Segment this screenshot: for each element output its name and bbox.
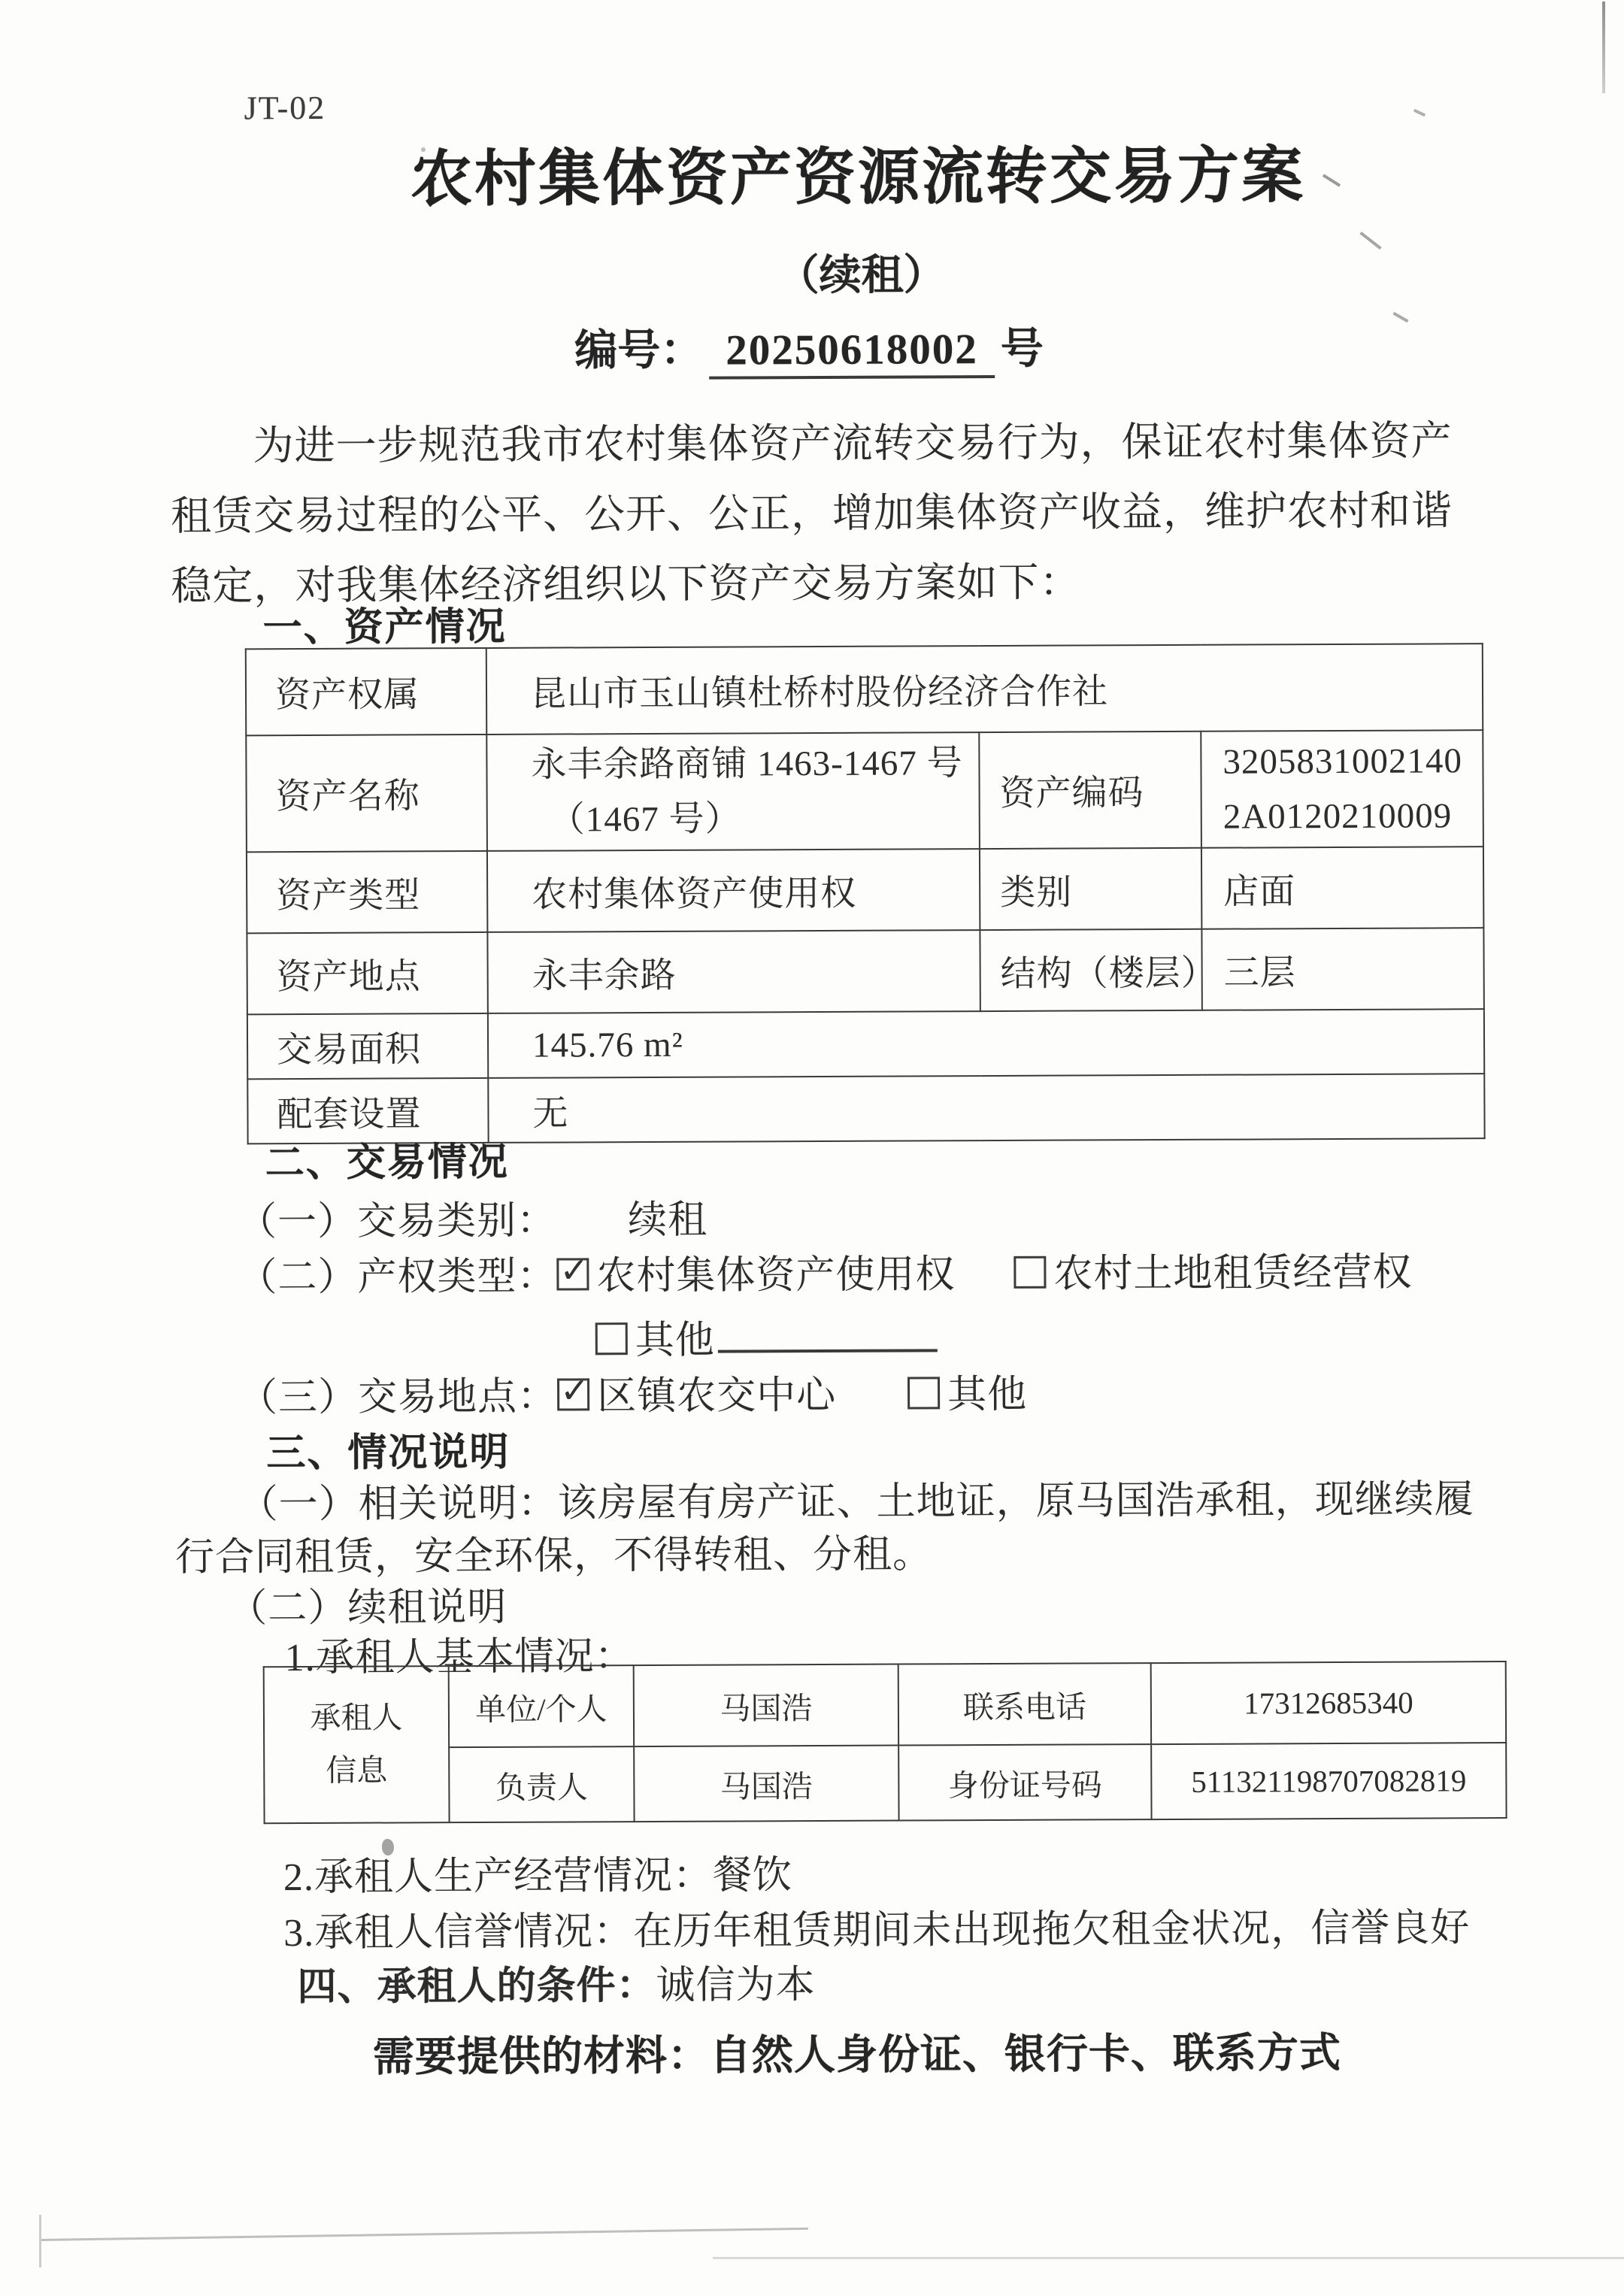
business-label: 2.承租人生产经营情况： xyxy=(283,1855,713,1899)
trade-type-value: 续租 xyxy=(628,1199,707,1242)
trade-type-label: （一）交易类别： xyxy=(238,1200,556,1244)
asset-ownership-label: 资产权属 xyxy=(246,648,486,735)
table-row: 资产权属 昆山市玉山镇杜桥村股份经济合作社 xyxy=(246,644,1483,735)
materials-label: 需要提供的材料： xyxy=(373,2033,710,2080)
property-right-option-1: 农村集体资产使用权 xyxy=(596,1253,955,1298)
property-right-label: （二）产权类型： xyxy=(238,1256,556,1300)
asset-name-value: 永丰余路商铺 1463-1467 号 （1467 号） xyxy=(486,732,980,851)
section-3-heading: 三、情况说明 xyxy=(266,1420,510,1477)
document-number-prefix: 编号： xyxy=(574,327,703,375)
unchecked-checkbox-icon xyxy=(907,1377,940,1409)
asset-code-value: 3205831002140 2A0120210009 xyxy=(1201,730,1483,848)
document-subtitle: （续租） xyxy=(49,238,1624,305)
scanned-document-page: JT-02 农村集体资产资源流转交易方案 （续租） 编号：20250618002… xyxy=(0,0,1624,2296)
unchecked-checkbox-icon xyxy=(595,1322,628,1355)
intro-line: 为进一步规范我市农村集体资产流转交易行为，保证农村集体资产 xyxy=(170,406,1499,482)
renter-group-label: 承租人 信息 xyxy=(264,1666,450,1823)
table-row: 资产类型 农村集体资产使用权 类别 店面 xyxy=(247,847,1483,933)
materials-line: 需要提供的材料：自然人身份证、银行卡、联系方式 xyxy=(373,2019,1341,2083)
section-1-heading: 一、资产情况 xyxy=(262,595,506,652)
renter-id-value: 511321198707082819 xyxy=(1151,1743,1506,1819)
renter-group-label-line1: 承租人 xyxy=(265,1692,448,1745)
asset-facility-value: 无 xyxy=(488,1074,1484,1143)
business-value: 餐饮 xyxy=(713,1854,792,1897)
asset-code-line1: 3205831002140 xyxy=(1223,734,1482,789)
property-right-option-other: 其他 xyxy=(635,1319,715,1362)
asset-ownership-value: 昆山市玉山镇杜桥村股份经济合作社 xyxy=(486,644,1483,735)
asset-category-value: 店面 xyxy=(1201,847,1483,929)
unchecked-checkbox-icon xyxy=(1013,1256,1046,1289)
intro-paragraph: 为进一步规范我市农村集体资产流转交易行为，保证农村集体资产 租赁交易过程的公平、… xyxy=(170,406,1500,622)
renter-id-label: 身份证号码 xyxy=(898,1744,1151,1820)
checked-checkbox-icon xyxy=(556,1258,589,1290)
trade-place-option-1: 区镇农交中心 xyxy=(597,1374,836,1418)
table-row: 承租人 信息 单位/个人 马国浩 联系电话 17312685340 xyxy=(264,1661,1506,1748)
table-row: 资产名称 永丰余路商铺 1463-1467 号 （1467 号） 资产编码 32… xyxy=(246,730,1483,852)
asset-location-label: 资产地点 xyxy=(247,932,487,1014)
asset-info-table: 资产权属 昆山市玉山镇杜桥村股份经济合作社 资产名称 永丰余路商铺 1463-1… xyxy=(245,643,1486,1144)
document-number-value: 20250618002 xyxy=(709,325,995,380)
section-4-heading: 四、承租人的条件： xyxy=(297,1964,656,2009)
section-4-value: 诚信为本 xyxy=(656,1964,815,2007)
materials-value: 自然人身份证、银行卡、联系方式 xyxy=(710,2030,1341,2079)
credit-line: 3.承租人信誉情况：在历年租赁期间未出现拖欠租金状况，信誉良好 xyxy=(283,1895,1470,1957)
table-row: 交易面积 145.76 m² xyxy=(247,1009,1484,1079)
renter-group-label-line2: 信息 xyxy=(265,1744,448,1798)
asset-structure-value: 三层 xyxy=(1201,928,1483,1010)
section-2-heading: 二、交易情况 xyxy=(265,1130,509,1187)
asset-area-value: 145.76 m² xyxy=(488,1009,1484,1078)
document-number-line: 编号：20250618002号 xyxy=(0,311,1621,382)
credit-label: 3.承租人信誉情况： xyxy=(283,1910,633,1955)
asset-structure-label: 结构（楼层） xyxy=(980,929,1201,1011)
document-number-suffix: 号 xyxy=(1001,326,1044,373)
renter-info-table: 承租人 信息 单位/个人 马国浩 联系电话 17312685340 负责人 马国… xyxy=(263,1661,1507,1824)
asset-name-line1: 永丰余路商铺 1463-1467 号 xyxy=(531,736,978,792)
document-title: 农村集体资产资源流转交易方案 xyxy=(46,125,1624,220)
renter-entity-value: 马国浩 xyxy=(634,1664,898,1747)
intro-line: 租赁交易过程的公平、公开、公正，增加集体资产收益，维护农村和谐 xyxy=(171,476,1500,552)
trade-type-line: （一）交易类别：续租 xyxy=(238,1188,707,1246)
asset-category-label: 类别 xyxy=(980,848,1201,930)
section-4-heading-line: 四、承租人的条件：诚信为本 xyxy=(297,1952,815,2011)
asset-code-line2: 2A0120210009 xyxy=(1223,789,1483,844)
asset-name-line2: （1467 号） xyxy=(532,791,979,847)
table-row: 资产地点 永丰余路 结构（楼层） 三层 xyxy=(247,928,1483,1014)
renter-entity-label: 单位/个人 xyxy=(449,1665,634,1747)
remark-line-1: （一）相关说明：该房屋有房产证、土地证，原马国浩承租，现继续履 xyxy=(239,1467,1474,1528)
trade-place-option-other: 其他 xyxy=(947,1374,1027,1416)
remark-line-2: 行合同租赁，安全环保，不得转租、分租。 xyxy=(175,1522,932,1581)
renter-principal-value: 马国浩 xyxy=(634,1746,898,1822)
property-right-other-line: 其他 xyxy=(595,1307,938,1365)
renter-phone-value: 17312685340 xyxy=(1151,1661,1506,1744)
property-right-line: （二）产权类型：农村集体资产使用权农村土地租赁经营权 xyxy=(238,1240,1412,1302)
table-row: 负责人 马国浩 身份证号码 511321198707082819 xyxy=(264,1743,1506,1823)
asset-code-label: 资产编码 xyxy=(979,732,1201,849)
asset-type-label: 资产类型 xyxy=(247,851,487,933)
checked-checkbox-icon xyxy=(557,1378,589,1410)
asset-name-label: 资产名称 xyxy=(246,735,487,852)
business-line: 2.承租人生产经营情况：餐饮 xyxy=(283,1843,792,1901)
renewal-note-heading: （二）续租说明 xyxy=(228,1575,507,1633)
renter-principal-label: 负责人 xyxy=(449,1746,634,1822)
trade-place-label: （三）交易地点： xyxy=(238,1376,557,1420)
renter-phone-label: 联系电话 xyxy=(898,1663,1151,1745)
asset-area-label: 交易面积 xyxy=(247,1013,488,1079)
blank-underline xyxy=(718,1341,938,1352)
asset-type-value: 农村集体资产使用权 xyxy=(487,849,980,932)
property-right-option-2: 农村土地租赁经营权 xyxy=(1053,1252,1412,1296)
form-code: JT-02 xyxy=(244,89,326,127)
asset-location-value: 永丰余路 xyxy=(487,930,980,1013)
trade-place-line: （三）交易地点：区镇农交中心其他 xyxy=(238,1362,1027,1422)
credit-value: 在历年租赁期间未出现拖欠租金状况，信誉良好 xyxy=(633,1907,1470,1953)
